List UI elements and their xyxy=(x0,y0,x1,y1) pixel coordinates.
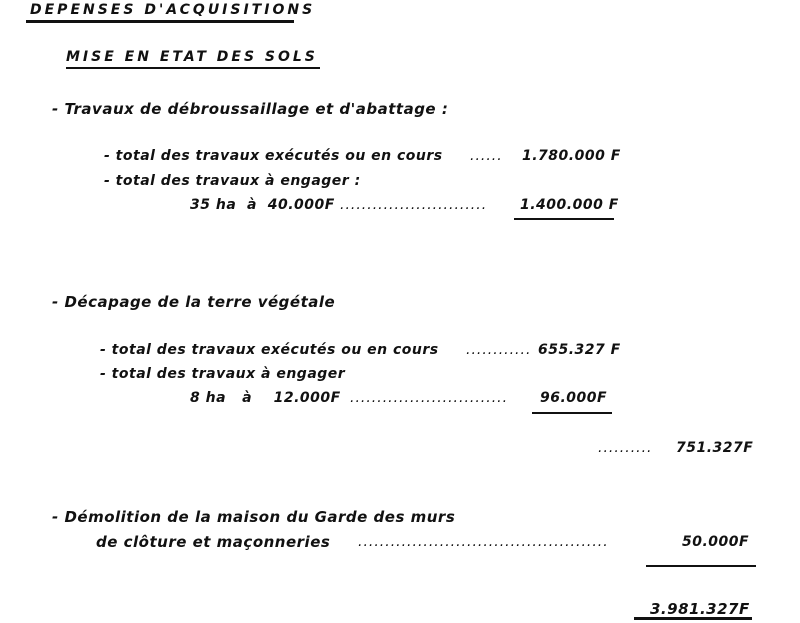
amount-underline xyxy=(532,412,612,414)
heading-debroussaillage: - Travaux de débroussaillage et d'abatta… xyxy=(52,100,448,118)
line-amount: 1.400.000 F xyxy=(520,197,619,213)
line-label: - total des travaux exécutés ou en cours xyxy=(100,342,439,358)
heading-decapage: - Décapage de la terre végétale xyxy=(52,293,335,311)
leader-dots: ............ xyxy=(466,342,531,358)
line-label: 35 ha à 40.000F xyxy=(190,197,335,213)
line-label: - total des travaux à engager xyxy=(100,366,345,382)
line-amount: 655.327 F xyxy=(538,342,621,358)
leader-dots: ........................... xyxy=(340,197,487,213)
line-label: - total des travaux exécutés ou en cours xyxy=(104,148,443,164)
leader-dots: .......... xyxy=(598,440,653,456)
leader-dots: ........................................… xyxy=(358,534,609,550)
heading-demolition: - Démolition de la maison du Garde des m… xyxy=(52,508,455,526)
document-title: DEPENSES D'ACQUISITIONS xyxy=(30,2,315,18)
line-label: 8 ha à 12.000F xyxy=(190,390,341,406)
leader-dots: ...... xyxy=(470,148,503,164)
title-underline xyxy=(26,20,294,23)
line-amount: 50.000F xyxy=(682,534,749,550)
line-amount: 96.000F xyxy=(540,390,607,406)
subtotal-amount: 751.327F xyxy=(676,440,753,456)
amount-underline xyxy=(514,218,614,220)
line-label: de clôture et maçonneries xyxy=(96,533,330,551)
sum-rule xyxy=(646,565,756,567)
grand-total: 3.981.327F xyxy=(650,600,750,618)
line-label: - total des travaux à engager : xyxy=(104,173,361,189)
grand-total-underline xyxy=(634,617,752,620)
section-subtitle: MISE EN ETAT DES SOLS xyxy=(66,49,318,65)
line-amount: 1.780.000 F xyxy=(522,148,621,164)
subtitle-underline xyxy=(66,67,320,69)
leader-dots: ............................. xyxy=(350,390,508,406)
